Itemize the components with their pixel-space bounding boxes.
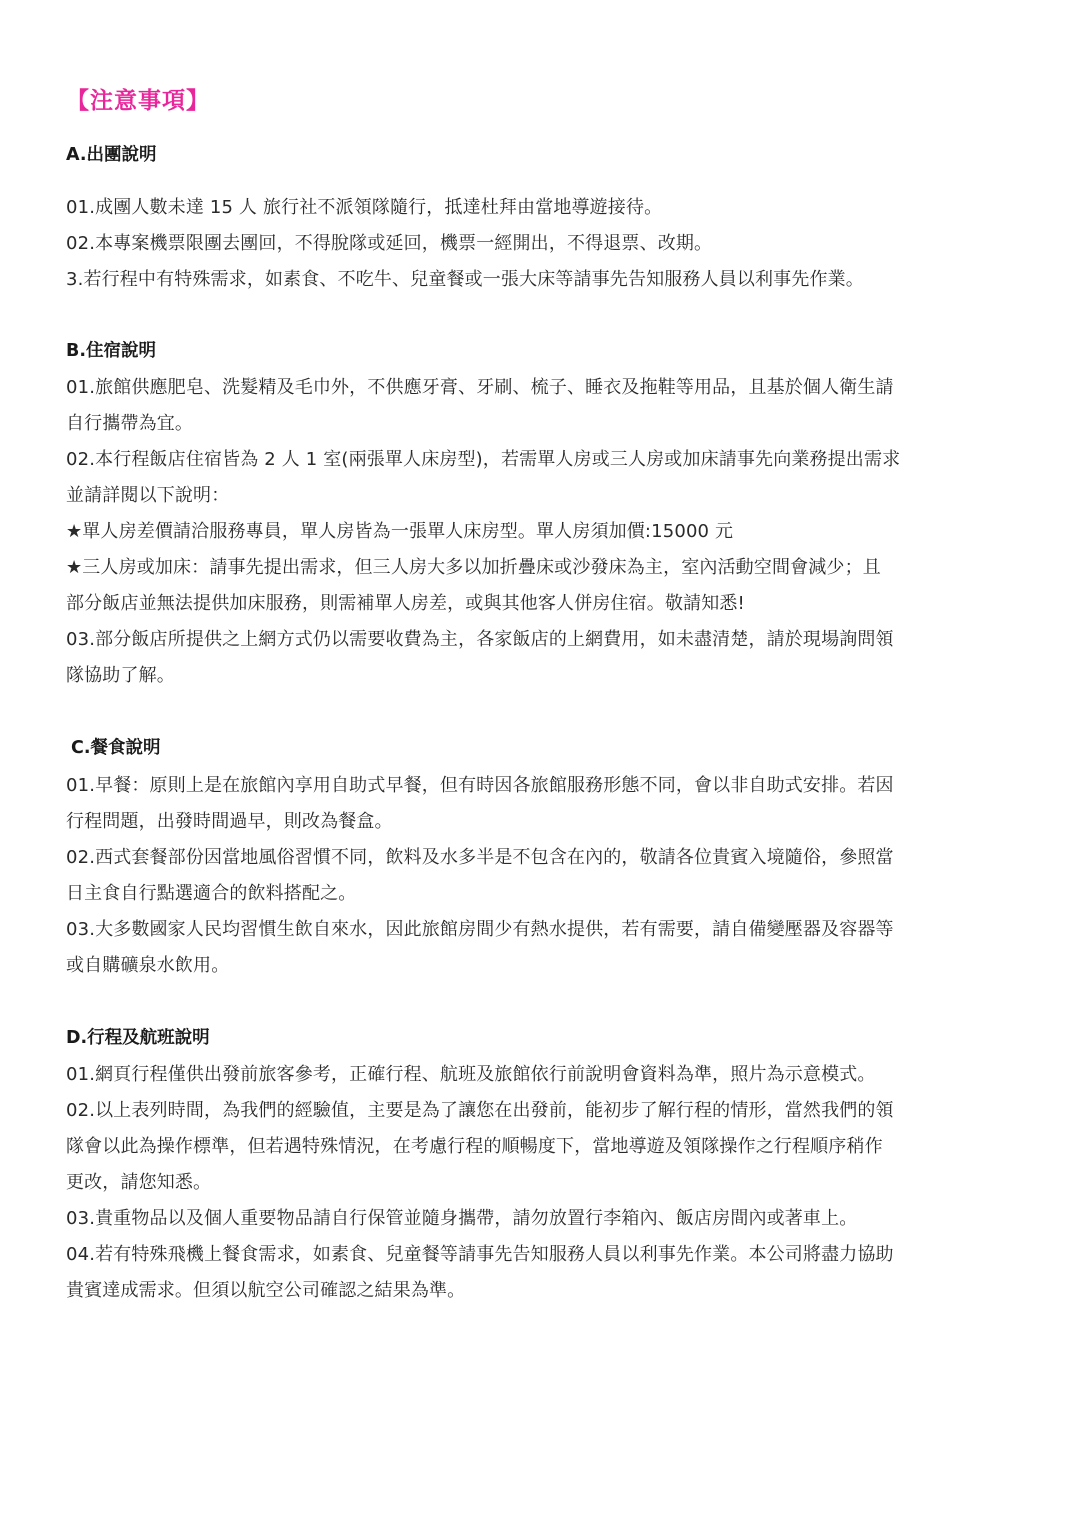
list-item: 3.若行程中有特殊需求，如素食、不吃牛、兒童餐或一張大床等請事先告知服務人員以利… [66, 265, 864, 291]
page-title: 【注意事項】 [66, 82, 210, 115]
list-item: 部分飯店並無法提供加床服務，則需補單人房差，或與其他客人併房住宿。敬請知悉! [66, 589, 745, 615]
list-item: ★單人房差價請洽服務專員，單人房皆為一張單人床房型。單人房須加價:15000 元 [66, 517, 733, 543]
section-heading-meals: C.餐食說明 [71, 734, 161, 759]
list-item: 日主食自行點選適合的飲料搭配之。 [66, 879, 356, 905]
list-item: 04.若有特殊飛機上餐食需求，如素食、兒童餐等請事先告知服務人員以利事先作業。本… [66, 1240, 894, 1266]
list-item: 03.貴重物品以及個人重要物品請自行保管並隨身攜帶，請勿放置行李箱內、飯店房間內… [66, 1204, 857, 1230]
list-item: 隊會以此為操作標準，但若遇特殊情況，在考慮行程的順暢度下，當地導遊及領隊操作之行… [66, 1132, 883, 1158]
list-item: 01.網頁行程僅供出發前旅客參考，正確行程、航班及旅館依行前說明會資料為準，照片… [66, 1060, 876, 1086]
list-item: 行程問題，出發時間過早，則改為餐盒。 [66, 807, 393, 833]
list-item: 隊協助了解。 [66, 661, 175, 687]
list-item: 03.部分飯店所提供之上網方式仍以需要收費為主，各家飯店的上網費用，如未盡清楚，… [66, 625, 894, 651]
list-item: 01.旅館供應肥皂、洗髮精及毛巾外，不供應牙膏、牙刷、梳子、睡衣及拖鞋等用品，且… [66, 373, 894, 399]
list-item: 貴賓達成需求。但須以航空公司確認之結果為準。 [66, 1276, 465, 1302]
list-item: 02.以上表列時間，為我們的經驗值，主要是為了讓您在出發前，能初步了解行程的情形… [66, 1096, 894, 1122]
list-item: 02.本專案機票限團去團回，不得脫隊或延回，機票一經開出，不得退票、改期。 [66, 229, 712, 255]
list-item: 更改，請您知悉。 [66, 1168, 211, 1194]
list-item: 01.早餐：原則上是在旅館內享用自助式早餐，但有時因各旅館服務形態不同，會以非自… [66, 771, 894, 797]
list-item: 並請詳閱以下說明： [66, 481, 229, 507]
list-item: 自行攜帶為宜。 [66, 409, 193, 435]
list-item: 01.成團人數未達 15 人 旅行社不派領隊隨行，抵達杜拜由當地導遊接待。 [66, 193, 662, 219]
section-heading-itinerary-flights: D.行程及航班說明 [66, 1024, 210, 1049]
list-item: ★三人房或加床：請事先提出需求，但三人房大多以加折疊床或沙發床為主，室內活動空間… [66, 553, 881, 579]
section-heading-departure: A.出團說明 [66, 141, 157, 166]
section-heading-accommodation: B.住宿說明 [66, 337, 156, 362]
list-item: 03.大多數國家人民均習慣生飲自來水，因此旅館房間少有熱水提供，若有需要，請自備… [66, 915, 894, 941]
list-item: 或自購礦泉水飲用。 [66, 951, 229, 977]
list-item: 02.本行程飯店住宿皆為 2 人 1 室(兩張單人床房型)，若需單人房或三人房或… [66, 445, 900, 471]
list-item: 02.西式套餐部份因當地風俗習慣不同，飲料及水多半是不包含在內的，敬請各位貴賓入… [66, 843, 894, 869]
